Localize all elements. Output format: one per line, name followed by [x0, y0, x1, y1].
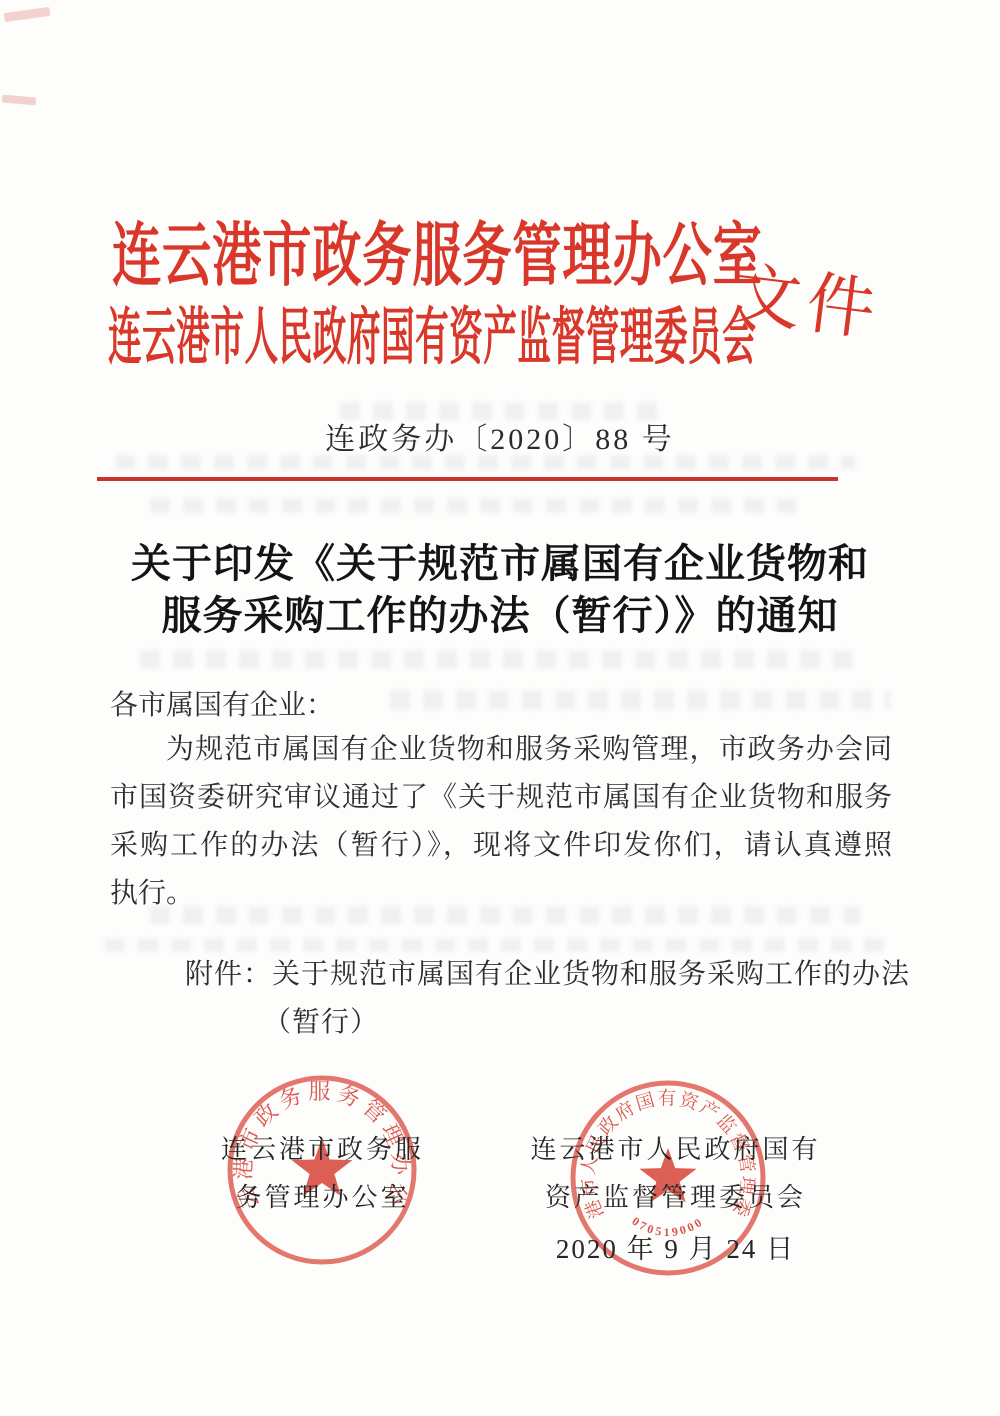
body-paragraph: 为规范市属国有企业货物和服务采购管理，市政务办会同 市国资委研究审议通过了《关于… — [110, 730, 892, 922]
document-title-line-1: 关于印发《关于规范市属国有企业货物和 — [0, 532, 1000, 589]
signer-name-line: 连云港市政务服 — [180, 1133, 465, 1181]
letterhead-document-word: 文件 — [728, 240, 887, 354]
bleedthrough-artifact — [105, 938, 885, 952]
signer-name-line: 资产监督管理委员会 — [528, 1181, 823, 1229]
signature-block-left: 连云港市政务服 务管理办公室 — [180, 1133, 465, 1229]
scan-speck-artifact — [2, 95, 37, 106]
attachment-reference-line-2: （暂行） — [263, 1000, 379, 1040]
bleedthrough-artifact — [390, 690, 890, 710]
signature-block-right: 连云港市人民政府国有 资产监督管理委员会 2020 年 9 月 24 日 — [528, 1133, 823, 1277]
scan-speck-artifact — [4, 7, 51, 22]
bleedthrough-artifact — [150, 498, 810, 513]
letterhead-org-name-2: 连云港市人民政府国有资产监督管理委员会 — [108, 287, 756, 376]
bleedthrough-artifact — [140, 650, 860, 669]
body-line: 执行。 — [110, 874, 892, 922]
attachment-reference-line-1: 附件：关于规范市属国有企业货物和服务采购工作的办法 — [185, 952, 910, 992]
signature-date: 2020 年 9 月 24 日 — [528, 1229, 823, 1277]
signer-name-line: 连云港市人民政府国有 — [528, 1133, 823, 1181]
body-line: 市国资委研究审议通过了《关于规范市属国有企业货物和服务 — [110, 778, 892, 826]
document-title-line-2: 服务采购工作的办法（暂行）》的通知 — [0, 584, 1000, 641]
red-separator-rule — [97, 477, 838, 481]
document-number: 连政务办〔2020〕88 号 — [0, 414, 1000, 458]
body-line: 为规范市属国有企业货物和服务采购管理，市政务办会同 — [110, 730, 892, 778]
salutation: 各市属国有企业： — [110, 683, 334, 723]
signer-name-line: 务管理办公室 — [180, 1181, 465, 1229]
letterhead-org-name-1: 连云港市政务服务管理办公室 — [112, 200, 763, 299]
body-line: 采购工作的办法（暂行）》，现将文件印发你们，请认真遵照 — [110, 826, 892, 874]
scanned-official-document: 连云港市政务服务管理办公室 连云港市人民政府国有资产监督管理委员会 文件 连政务… — [0, 0, 1000, 1416]
